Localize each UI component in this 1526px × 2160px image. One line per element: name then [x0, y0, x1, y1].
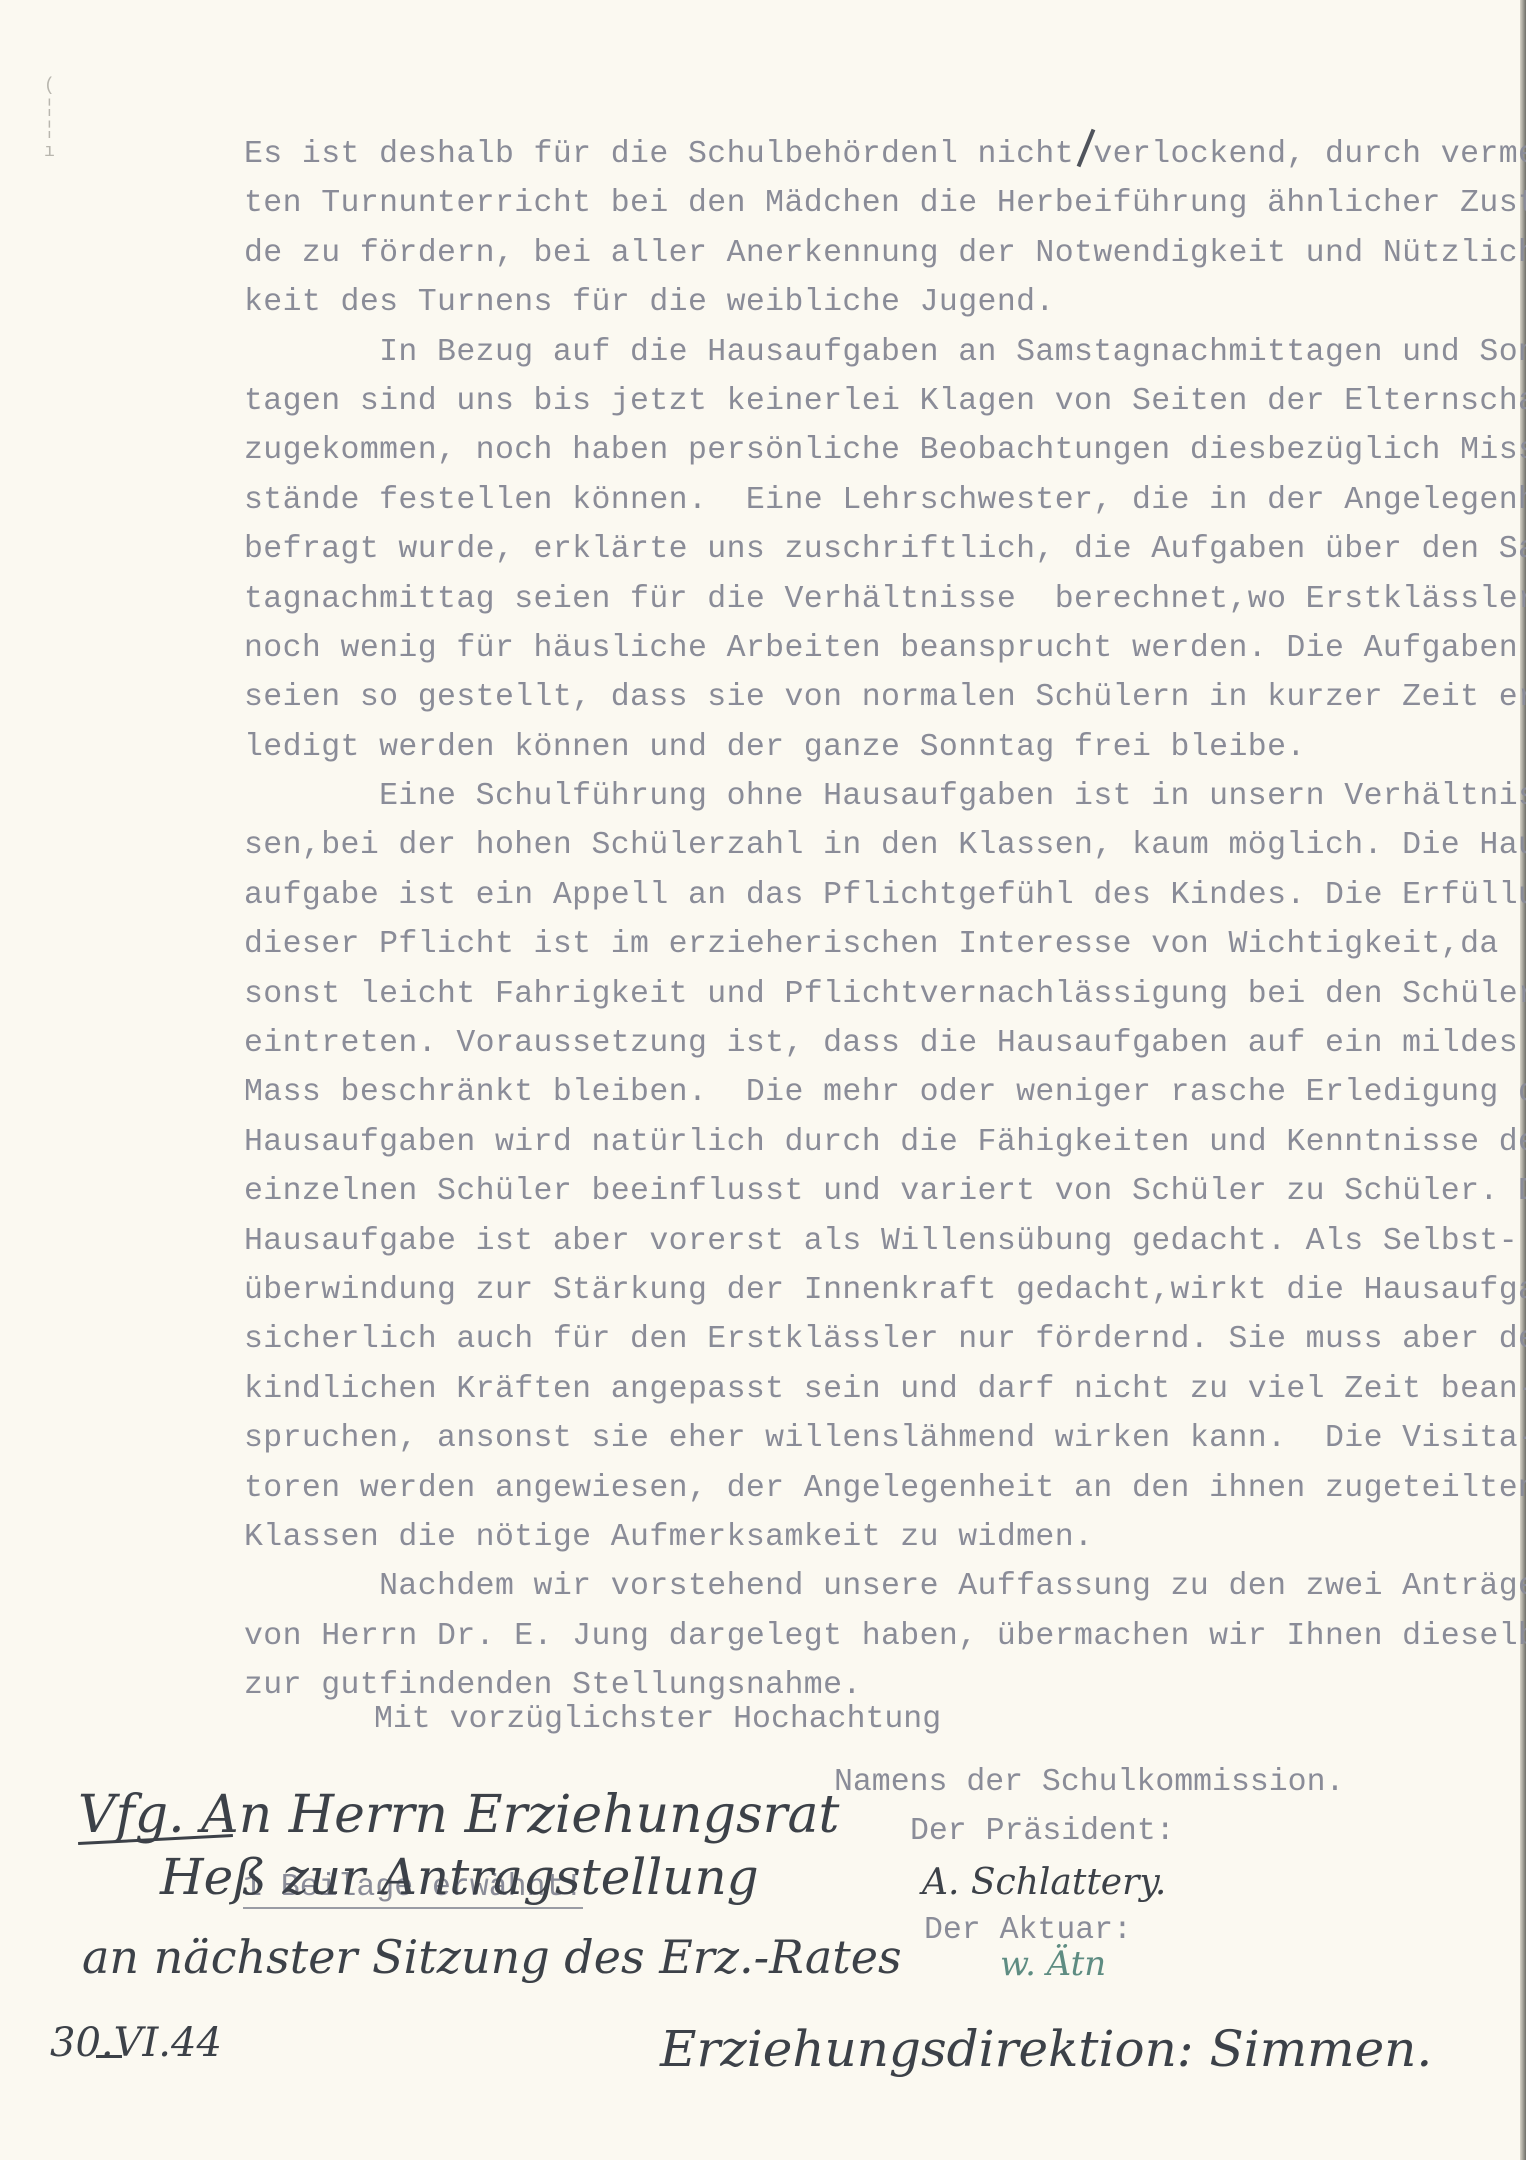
body-line: dieser Pflicht ist im erzieherischen Int…	[244, 920, 1526, 969]
body-line: de zu fördern, bei aller Anerkennung der…	[244, 229, 1526, 278]
body-line: toren werden angewiesen, der Angelegenhe…	[244, 1464, 1526, 1513]
body-line: keit des Turnens für die weibliche Jugen…	[244, 278, 1526, 327]
president-label: Der Präsident:	[910, 1814, 1175, 1849]
body-line: Eine Schulführung ohne Hausaufgaben ist …	[244, 772, 1526, 821]
body-line: kindlichen Kräften angepasst sein und da…	[244, 1365, 1526, 1414]
body-line: sicherlich auch für den Erstklässler nur…	[244, 1315, 1526, 1364]
body-line: befragt wurde, erklärte uns zuschriftlic…	[244, 525, 1526, 574]
body-line: Es ist deshalb für die Schulbehördenl ni…	[244, 130, 1526, 179]
body-line: Hausaufgabe ist aber vorerst als Willens…	[244, 1217, 1526, 1266]
body-line: Klassen die nötige Aufmerksamkeit zu wid…	[244, 1513, 1526, 1562]
body-line: Nachdem wir vorstehend unsere Auffassung…	[244, 1562, 1526, 1611]
body-line: von Herrn Dr. E. Jung dargelegt haben, ü…	[244, 1612, 1526, 1661]
date-underline	[96, 2055, 122, 2058]
body-line: noch wenig für häusliche Arbeiten beansp…	[244, 624, 1526, 673]
handwritten-signature: Erziehungsdirektion: Simmen.	[660, 2020, 1432, 2078]
body-line: Mass beschränkt bleiben. Die mehr oder w…	[244, 1068, 1526, 1117]
body-line: tagen sind uns bis jetzt keinerlei Klage…	[244, 377, 1526, 426]
body-line: ledigt werden können und der ganze Sonnt…	[244, 723, 1526, 772]
margin-punch-marks: (¦¦ı	[44, 75, 50, 175]
body-line: In Bezug auf die Hausaufgaben an Samstag…	[244, 328, 1526, 377]
body-line: überwindung zur Stärkung der Innenkraft …	[244, 1266, 1526, 1315]
handwritten-note-line-2: Heß zur Antragstellung	[160, 1848, 759, 1906]
body-line: stände festellen können. Eine Lehrschwes…	[244, 476, 1526, 525]
typed-body: Es ist deshalb für die Schulbehördenl ni…	[244, 130, 1526, 1711]
president-signature: A. Schlattery.	[922, 1862, 1166, 1903]
body-line: einzelnen Schüler beeinflusst und varier…	[244, 1167, 1526, 1216]
clerk-label: Der Aktuar:	[924, 1913, 1132, 1948]
handwritten-date: 30.VI.44	[50, 2020, 222, 2066]
body-line: spruchen, ansonst sie eher willenslähmen…	[244, 1414, 1526, 1463]
body-line: sen,bei der hohen Schülerzahl in den Kla…	[244, 821, 1526, 870]
body-line: tagnachmittag seien für die Verhältnisse…	[244, 575, 1526, 624]
handwritten-note-initials: w. Ätn	[1000, 1944, 1106, 1984]
body-line: aufgabe ist ein Appell an das Pflichtgef…	[244, 871, 1526, 920]
body-line: Hausaufgaben wird natürlich durch die Fä…	[244, 1118, 1526, 1167]
on-behalf-line: Namens der Schulkommission.	[834, 1765, 1344, 1800]
body-line: eintreten. Voraussetzung ist, dass die H…	[244, 1019, 1526, 1068]
body-line: ten Turnunterricht bei den Mädchen die H…	[244, 179, 1526, 228]
closing-salutation: Mit vorzüglichster Hochachtung	[374, 1702, 941, 1737]
body-line: seien so gestellt, dass sie von normalen…	[244, 673, 1526, 722]
body-line: zugekommen, noch haben persönliche Beoba…	[244, 426, 1526, 475]
handwritten-note-line-3: an nächster Sitzung des Erz.-Rates	[82, 1930, 902, 1984]
body-line: sonst leicht Fahrigkeit und Pflichtverna…	[244, 970, 1526, 1019]
